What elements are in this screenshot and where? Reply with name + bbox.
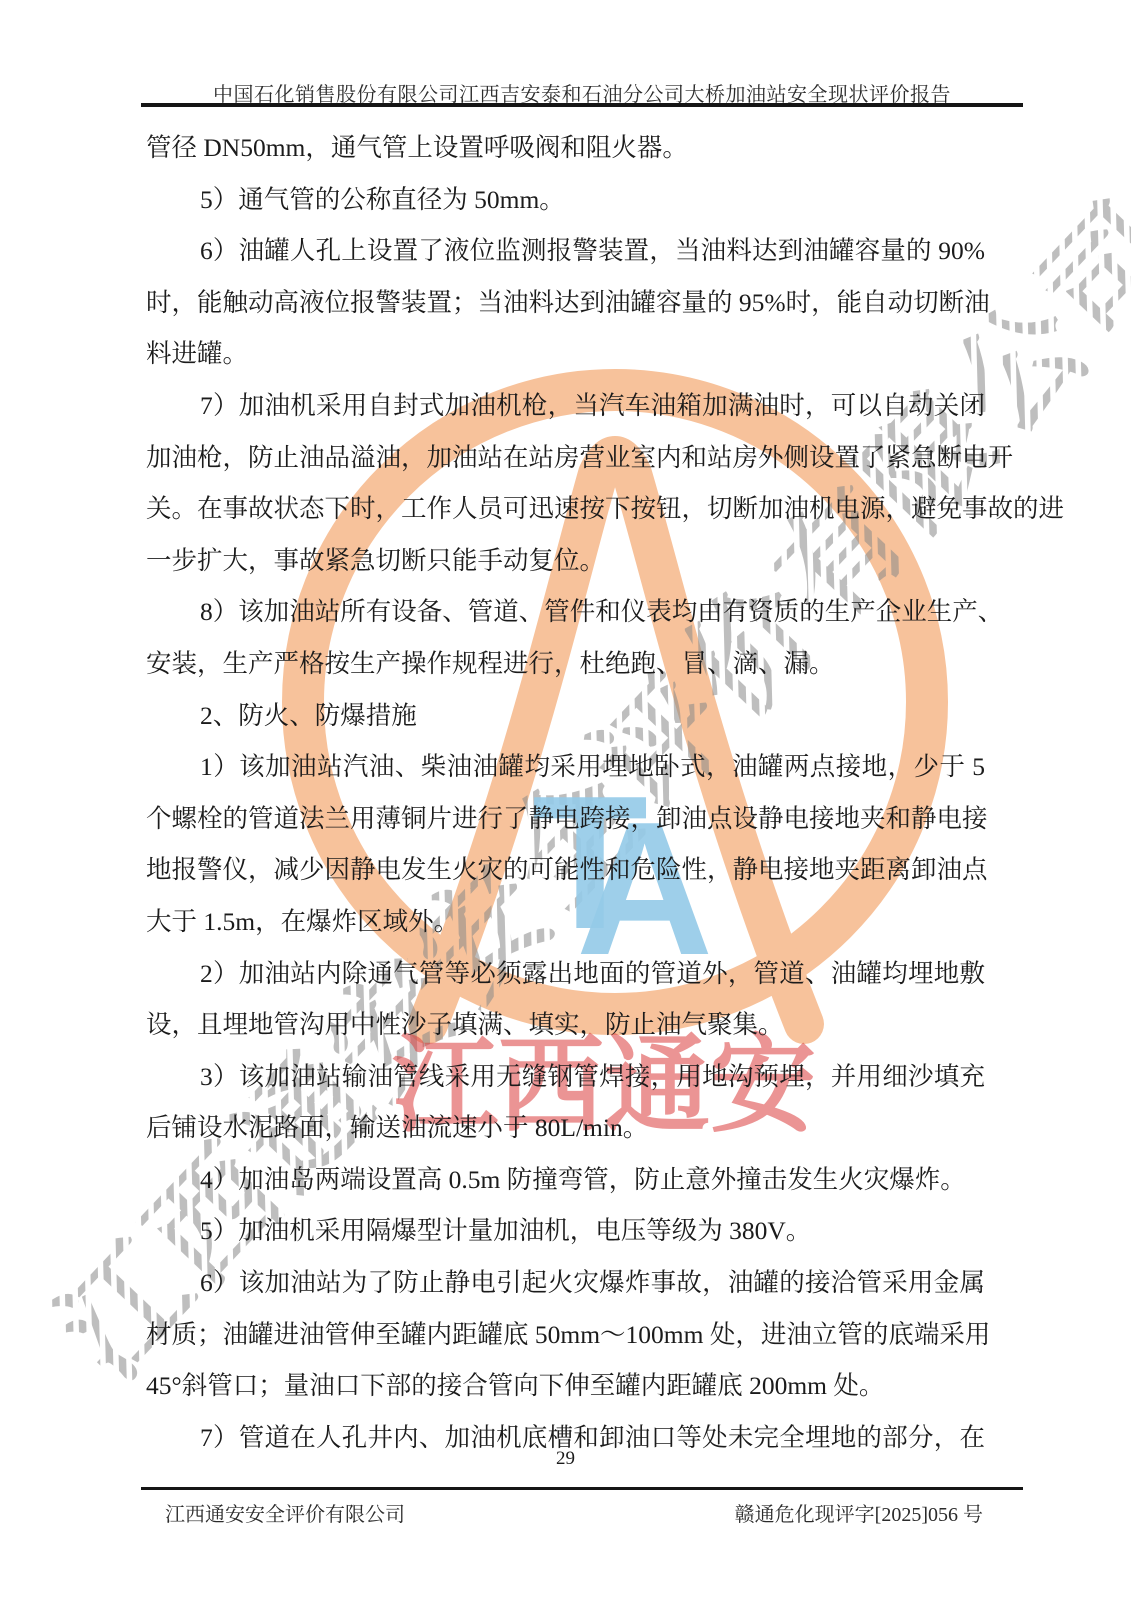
body-line: 安装，生产严格按生产操作规程进行，杜绝跑、冒、滴、漏。 <box>146 638 985 690</box>
body-line: 管径 DN50mm，通气管上设置呼吸阀和阻火器。 <box>146 122 985 174</box>
body-line: 3）该加油站输油管线采用无缝钢管焊接，用地沟预埋，并用细沙填充 <box>146 1051 985 1103</box>
body-line: 一步扩大，事故紧急切断只能手动复位。 <box>146 535 985 587</box>
body-line: 2）加油站内除通气管等必须露出地面的管道外，管道、油罐均埋地敷 <box>146 948 985 1000</box>
body-line: 7）加油机采用自封式加油机枪，当汽车油箱加满油时，可以自动关闭 <box>146 380 985 432</box>
header-rule <box>141 103 1023 107</box>
body-line: 时，能触动高液位报警装置；当油料达到油罐容量的 95%时，能自动切断油 <box>146 277 985 329</box>
page-number: 29 <box>0 1448 1131 1470</box>
body-line: 地报警仪，减少因静电发生火灾的可能性和危险性，静电接地夹距离卸油点 <box>146 844 985 896</box>
body-line: 设，且埋地管沟用中性沙子填满、填实，防止油气聚集。 <box>146 999 985 1051</box>
body-line: 个螺栓的管道法兰用薄铜片进行了静电跨接，卸油点设静电接地夹和静电接 <box>146 793 985 845</box>
body-line: 8）该加油站所有设备、管道、管件和仪表均由有资质的生产企业生产、 <box>146 586 985 638</box>
footer-row: 江西通安安全评价有限公司 赣通危化现评字[2025]056 号 <box>165 1498 983 1527</box>
body-line: 加油枪，防止油品溢油，加油站在站房营业室内和站房外侧设置了紧急断电开 <box>146 432 985 484</box>
body-line: 后铺设水泥路面，输送油流速小于 80L/min。 <box>146 1102 985 1154</box>
body-line: 大于 1.5m，在爆炸区域外。 <box>146 896 985 948</box>
body-line: 5）通气管的公称直径为 50mm。 <box>146 174 985 226</box>
body-line: 关。在事故状态下时，工作人员可迅速按下按钮，切断加油机电源，避免事故的进 <box>146 483 985 535</box>
body-line: 5）加油机采用隔爆型计量加油机，电压等级为 380V。 <box>146 1205 985 1257</box>
body-line: 6）该加油站为了防止静电引起火灾爆炸事故，油罐的接洽管采用金属 <box>146 1257 985 1309</box>
body-line: 45°斜管口；量油口下部的接合管向下伸至罐内距罐底 200mm 处。 <box>146 1360 985 1412</box>
footer-rule <box>141 1487 1023 1490</box>
body-line: 料进罐。 <box>146 328 985 380</box>
footer-company: 江西通安安全评价有限公司 <box>165 1498 405 1527</box>
body-line: 4）加油岛两端设置高 0.5m 防撞弯管，防止意外撞击发生火灾爆炸。 <box>146 1154 985 1206</box>
body-text: 管径 DN50mm，通气管上设置呼吸阀和阻火器。5）通气管的公称直径为 50mm… <box>146 122 985 1463</box>
body-line: 6）油罐人孔上设置了液位监测报警装置，当油料达到油罐容量的 90% <box>146 225 985 277</box>
body-line: 2、防火、防爆措施 <box>146 690 985 742</box>
document-page: 江西通安安全评价有限公司 TA 江西通安 中国石化销售股份有限公司江西吉安泰和石… <box>0 0 1131 1600</box>
footer-doc-number: 赣通危化现评字[2025]056 号 <box>735 1498 983 1527</box>
body-line: 材质；油罐进油管伸至罐内距罐底 50mm～100mm 处，进油立管的底端采用 <box>146 1309 985 1361</box>
body-line: 1）该加油站汽油、柴油油罐均采用埋地卧式，油罐两点接地，少于 5 <box>146 741 985 793</box>
